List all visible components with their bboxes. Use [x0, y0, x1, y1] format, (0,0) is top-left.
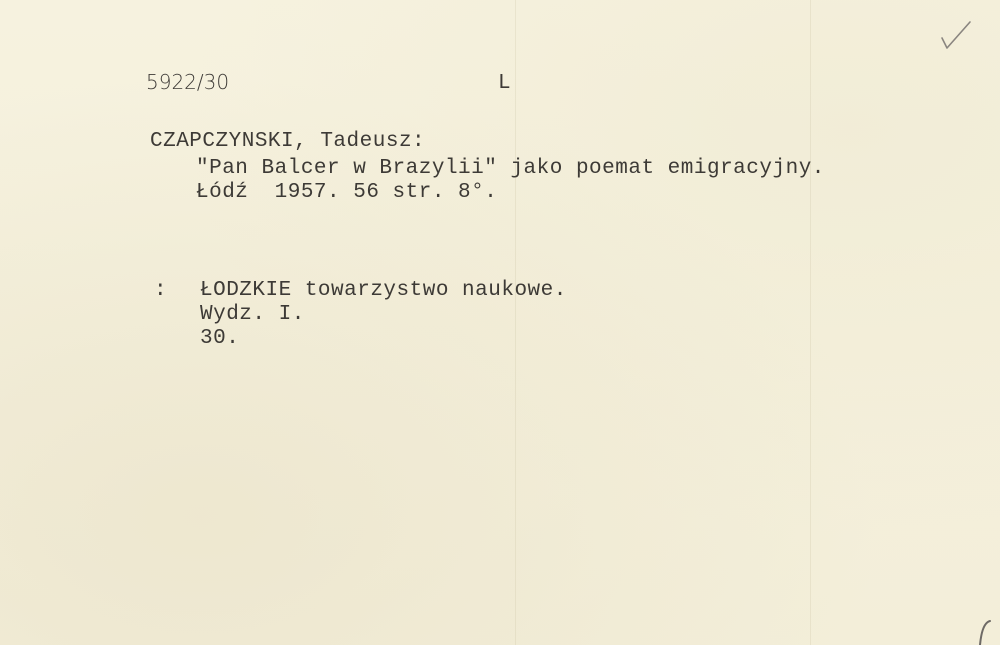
pencil-stroke-icon [970, 615, 1000, 645]
series-marker: : [154, 279, 167, 302]
check-mark-icon [938, 18, 974, 54]
location-letter: L [498, 72, 511, 95]
imprint: Łódź 1957. 56 str. 8°. [196, 181, 497, 204]
author-heading: CZAPCZYNSKI, Tadeusz: [150, 130, 425, 153]
series-publisher: ŁODZKIE towarzystwo naukowe. [200, 279, 567, 302]
paper-fold [810, 0, 811, 645]
call-number: 5922/30 [146, 70, 229, 94]
catalog-card: 5922/30 L CZAPCZYNSKI, Tadeusz: "Pan Bal… [0, 0, 1000, 645]
paper-fold [515, 0, 516, 645]
series-number: 30. [200, 327, 239, 350]
book-title: "Pan Balcer w Brazylii" jako poemat emig… [196, 157, 825, 180]
series-division: Wydz. I. [200, 303, 305, 326]
